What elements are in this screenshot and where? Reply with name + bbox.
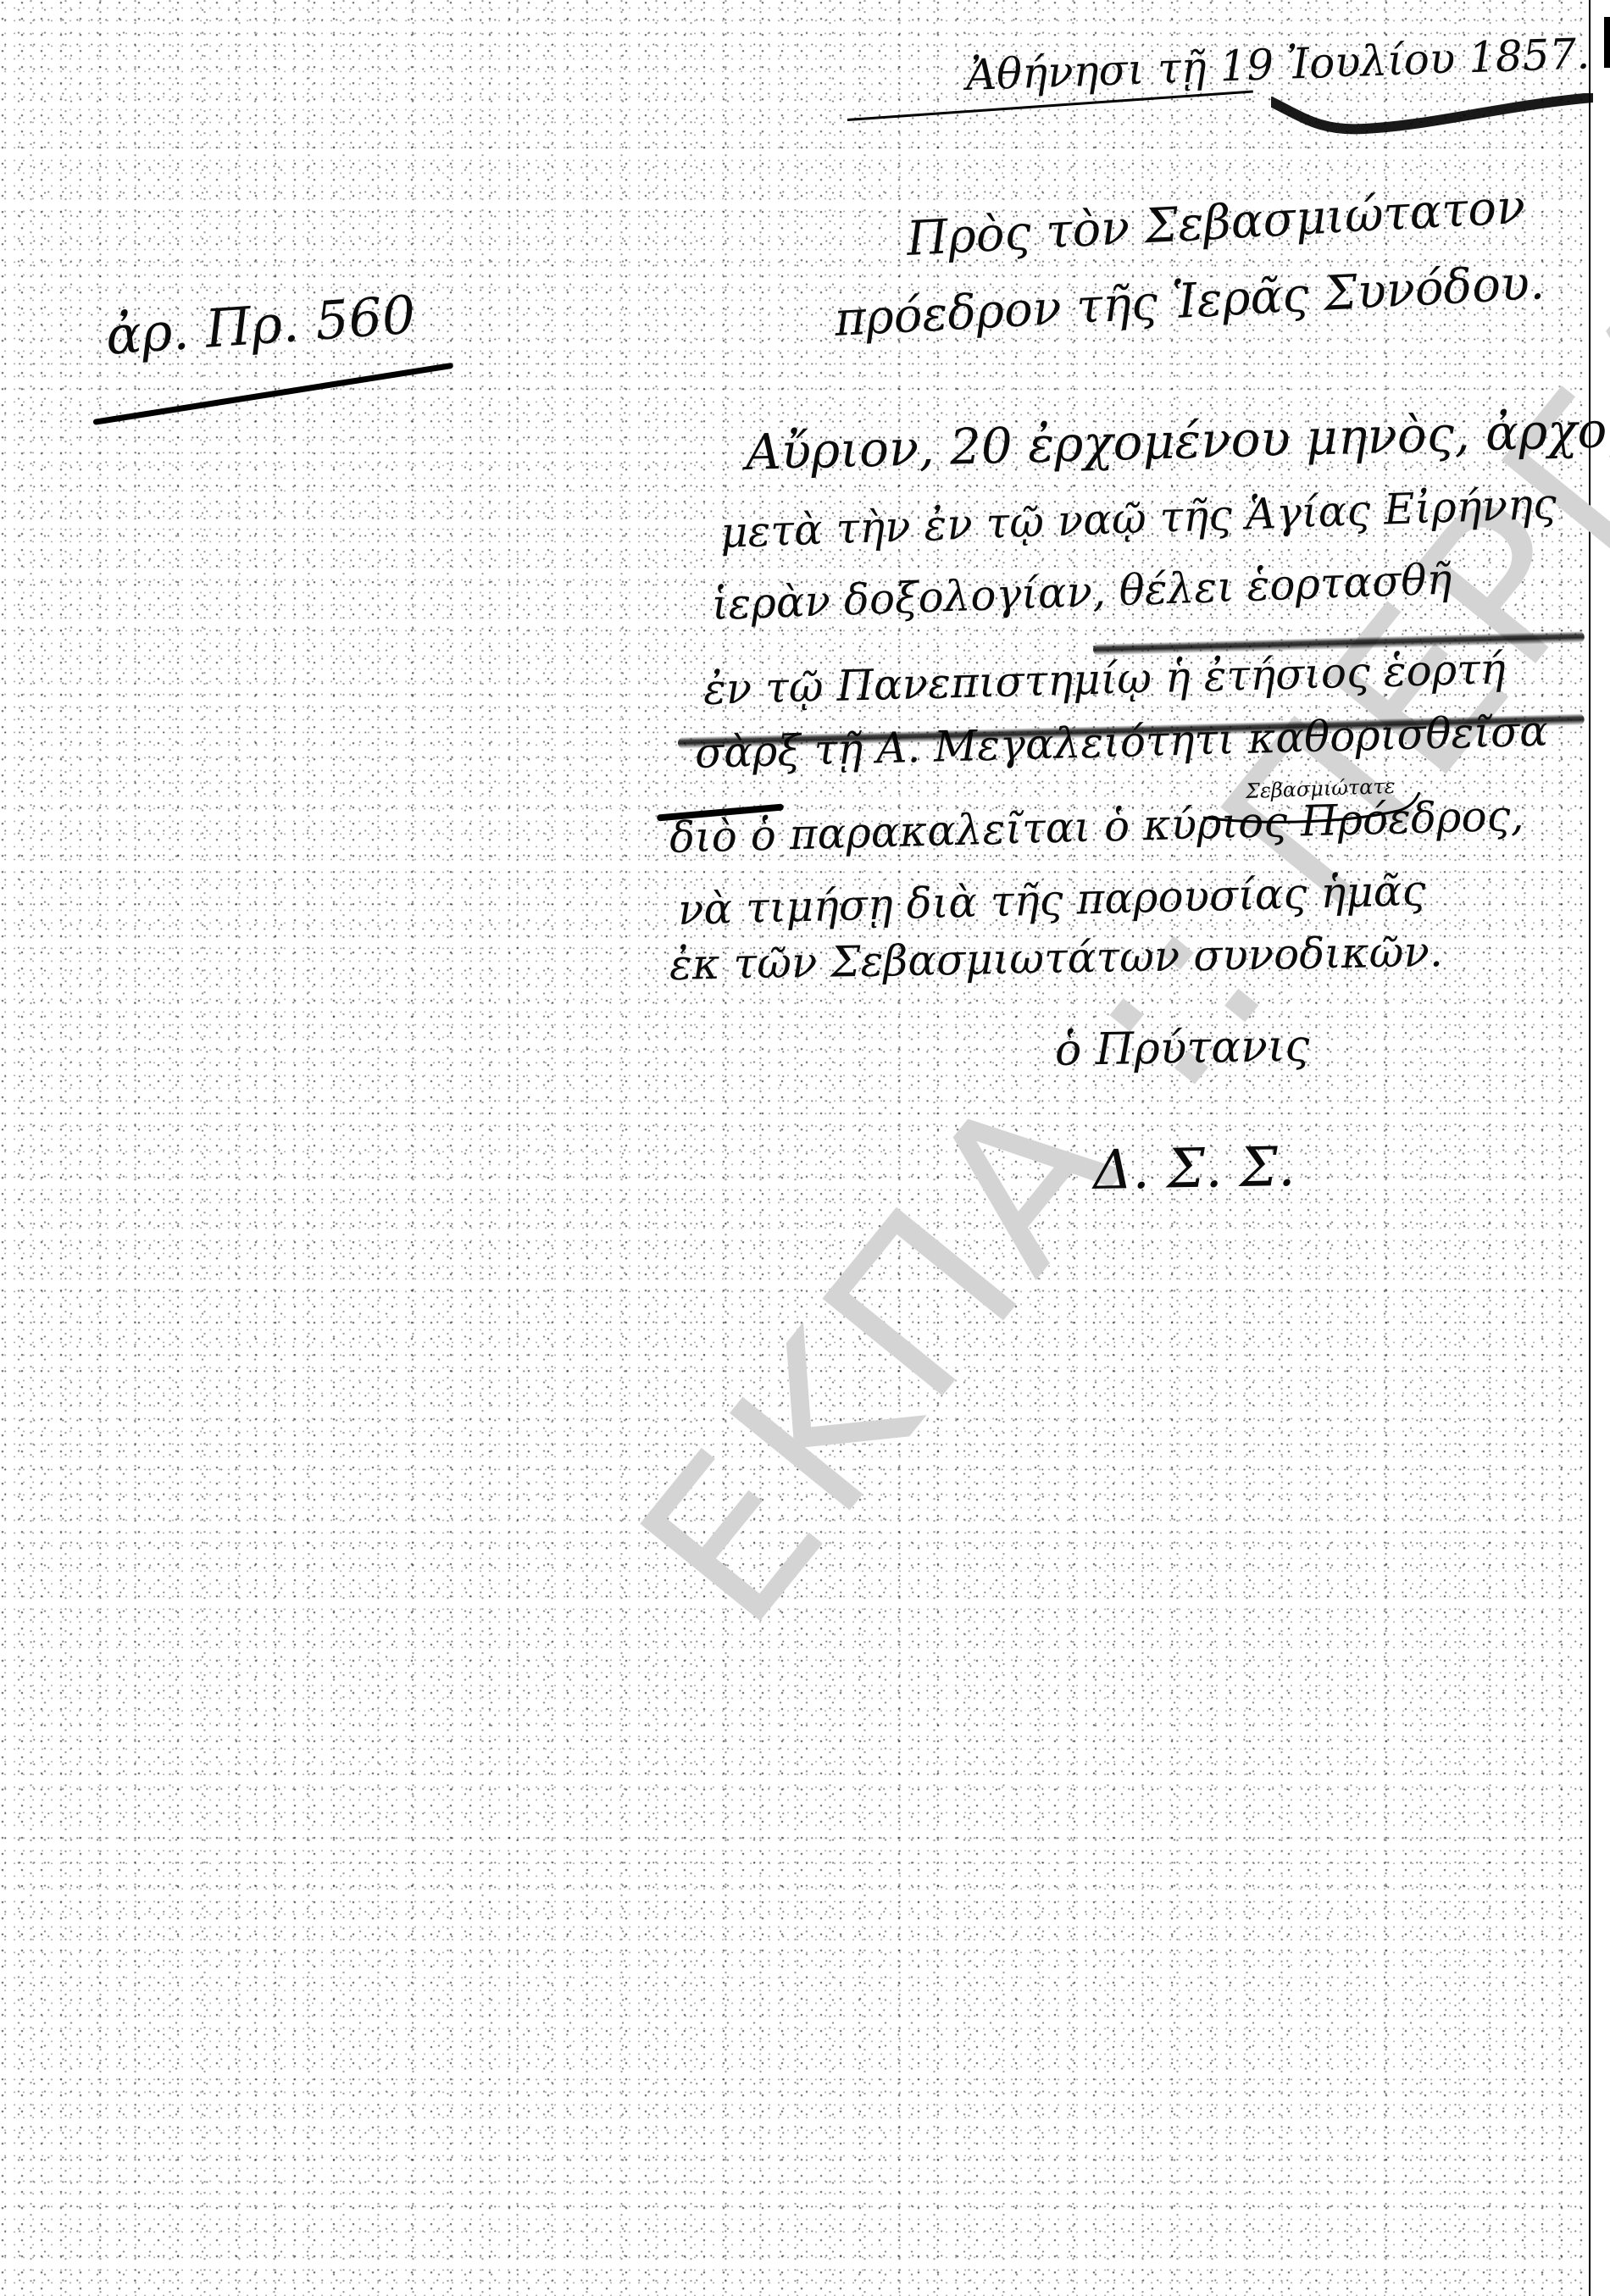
date-line: Ἀθήνησι τῇ 19 Ἰουλίου 1857. bbox=[965, 29, 1591, 100]
date-flourish bbox=[1271, 93, 1593, 140]
address-line-1: Πρὸς τὸν Σεβασμιώτατον bbox=[905, 180, 1526, 267]
body-line: νὰ τιμήσῃ διὰ τῆς παρουσίας ἡμᾶς bbox=[677, 866, 1426, 934]
reference-number: ἀρ. Πρ. 560 bbox=[103, 284, 417, 367]
body-line: Αὔριον, 20 ἐρχομένου μηνὸς, ἀρχομένης bbox=[745, 397, 1610, 481]
closing-title: ὁ Πρύτανις bbox=[1054, 1021, 1309, 1076]
edge-strip bbox=[1604, 17, 1610, 68]
insertion-bracket bbox=[1203, 792, 1424, 826]
body-line: ἐκ τῶν Σεβασμιωτάτων συνοδικῶν. bbox=[669, 927, 1443, 990]
document-page: ΕΚΠΑ :: ΠΕΡΓΑΜΟΣ Ἀθήνησι τῇ 19 Ἰουλίου 1… bbox=[0, 0, 1589, 2296]
reference-underline bbox=[92, 363, 453, 425]
signature: Δ. Σ. Σ. bbox=[1092, 1136, 1296, 1202]
body-line: μετὰ τὴν ἐν τῷ ναῷ τῆς Ἁγίας Εἰρήνης bbox=[719, 480, 1557, 557]
address-line-2: πρόεδρον τῆς Ἱερᾶς Συνόδου. bbox=[833, 255, 1546, 347]
page-edge bbox=[1589, 0, 1610, 2296]
body-line: ἱερὰν δοξολογίαν, θέλει ἑορτασθῆ bbox=[711, 555, 1452, 629]
